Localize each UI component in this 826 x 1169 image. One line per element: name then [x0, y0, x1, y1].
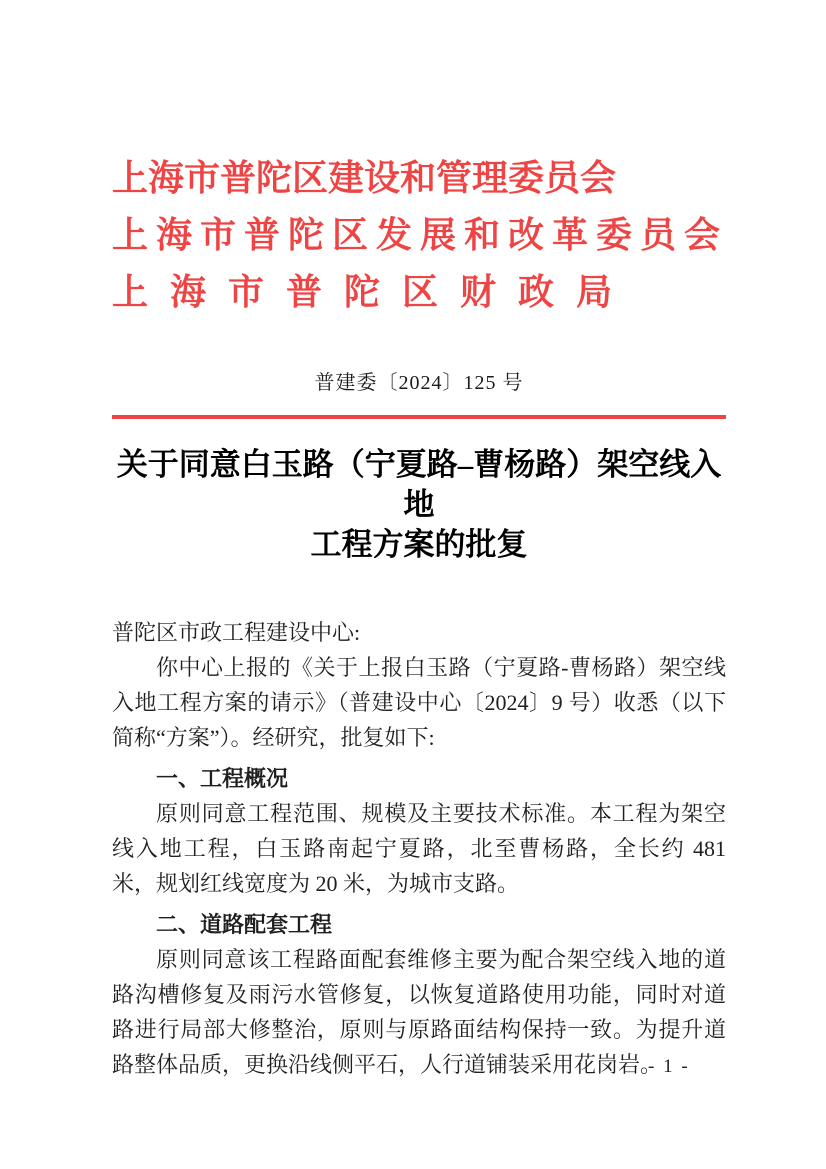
- letterhead: 上海市普陀区建设和管理委员会 上海市普陀区发展和改革委员会 上海市普陀区财政局: [112, 0, 726, 321]
- document-reference-number: 普建委〔2024〕125 号: [112, 369, 726, 397]
- page-number: - 1 -: [648, 1056, 690, 1078]
- intro-paragraph: 你中心上报的《关于上报白玉路（宁夏路-曹杨路）架空线入地工程方案的请示》（普建设…: [112, 650, 726, 755]
- document-title-line2: 工程方案的批复: [112, 525, 726, 565]
- document-page: 上海市普陀区建设和管理委员会 上海市普陀区发展和改革委员会 上海市普陀区财政局 …: [0, 0, 826, 1169]
- issuing-agency-2: 上海市普陀区发展和改革委员会: [112, 207, 726, 264]
- issuing-agency-3: 上海市普陀区财政局: [112, 264, 726, 321]
- section-1-paragraph: 原则同意工程范围、规模及主要技术标准。本工程为架空线入地工程，白玉路南起宁夏路，…: [112, 796, 726, 901]
- document-title: 关于同意白玉路（宁夏路–曹杨路）架空线入地 工程方案的批复: [112, 445, 726, 565]
- salutation: 普陀区市政工程建设中心:: [112, 615, 726, 650]
- document-title-line1: 关于同意白玉路（宁夏路–曹杨路）架空线入地: [112, 445, 726, 525]
- document-body: 普陀区市政工程建设中心: 你中心上报的《关于上报白玉路（宁夏路-曹杨路）架空线入…: [112, 615, 726, 1082]
- red-divider-line: [112, 415, 726, 419]
- document-content: 上海市普陀区建设和管理委员会 上海市普陀区发展和改革委员会 上海市普陀区财政局 …: [112, 0, 726, 1082]
- section-2-paragraph: 原则同意该工程路面配套维修主要为配合架空线入地的道路沟槽修复及雨污水管修复，以恢…: [112, 942, 726, 1082]
- section-1-heading: 一、工程概况: [112, 761, 726, 796]
- issuing-agency-1: 上海市普陀区建设和管理委员会: [112, 150, 726, 207]
- section-2-heading: 二、道路配套工程: [112, 907, 726, 942]
